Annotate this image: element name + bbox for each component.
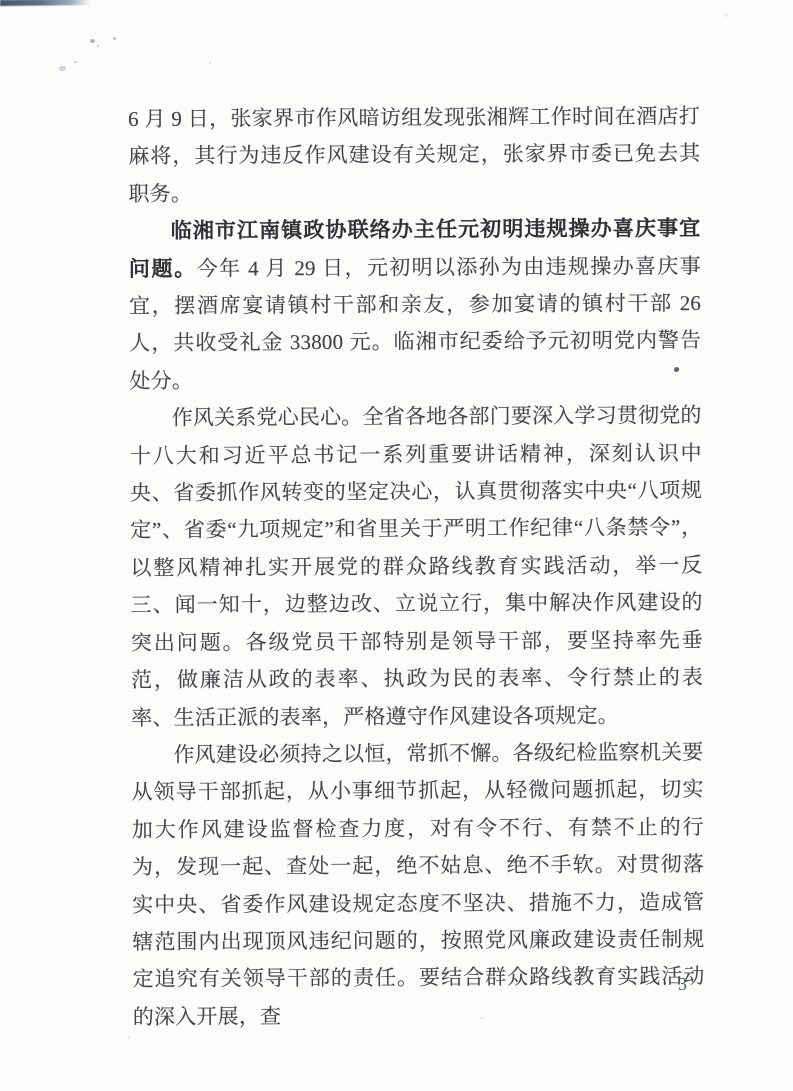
scan-artifact-strip bbox=[0, 0, 90, 6]
paragraph-text: 作风建设必须持之以恒，常抓不懈。各级纪检监察机关要从领导干部抓起，从小事细节抓起… bbox=[132, 740, 705, 1029]
page-number: 3 bbox=[678, 974, 687, 995]
paragraph-text: 今年 4 月 29 日，元初明以添孙为由违规操办喜庆事宜，摆酒席宴请镇村干部和亲… bbox=[129, 254, 701, 393]
ink-speck bbox=[128, 1036, 130, 1039]
ink-speck bbox=[90, 39, 95, 43]
ink-speck bbox=[725, 14, 728, 17]
paragraph-text: 作风关系党心民心。全省各地各部门要深入学习贯彻党的十八大和习近平总书记一系列重要… bbox=[130, 403, 703, 729]
ink-speck bbox=[74, 61, 77, 63]
ink-speck bbox=[113, 37, 116, 40]
paragraph: 作风关系党心民心。全省各地各部门要深入学习贯彻党的十八大和习近平总书记一系列重要… bbox=[130, 397, 704, 737]
document-page: 6 月 9 日，张家界市作风暗访组发现张湘辉工作时间在酒店打麻将，其行为违反作风… bbox=[0, 0, 793, 1091]
paragraph: 6 月 9 日，张家界市作风暗访组发现张湘辉工作时间在酒店打麻将，其行为违反作风… bbox=[128, 98, 701, 213]
ink-speck bbox=[209, 62, 211, 64]
ink-speck bbox=[59, 66, 66, 71]
paragraph: 临湘市江南镇政协联络办主任元初明违规操办喜庆事宜问题。今年 4 月 29 日，元… bbox=[129, 210, 702, 400]
paragraph-text: 6 月 9 日，张家界市作风暗访组发现张湘辉工作时间在酒店打麻将，其行为违反作风… bbox=[128, 104, 700, 206]
document-body: 6 月 9 日，张家界市作风暗访组发现张湘辉工作时间在酒店打麻将，其行为违反作风… bbox=[128, 98, 705, 1036]
paragraph: 作风建设必须持之以恒，常抓不懈。各级纪检监察机关要从领导干部抓起，从小事细节抓起… bbox=[131, 734, 705, 1036]
ink-speck bbox=[97, 45, 99, 47]
